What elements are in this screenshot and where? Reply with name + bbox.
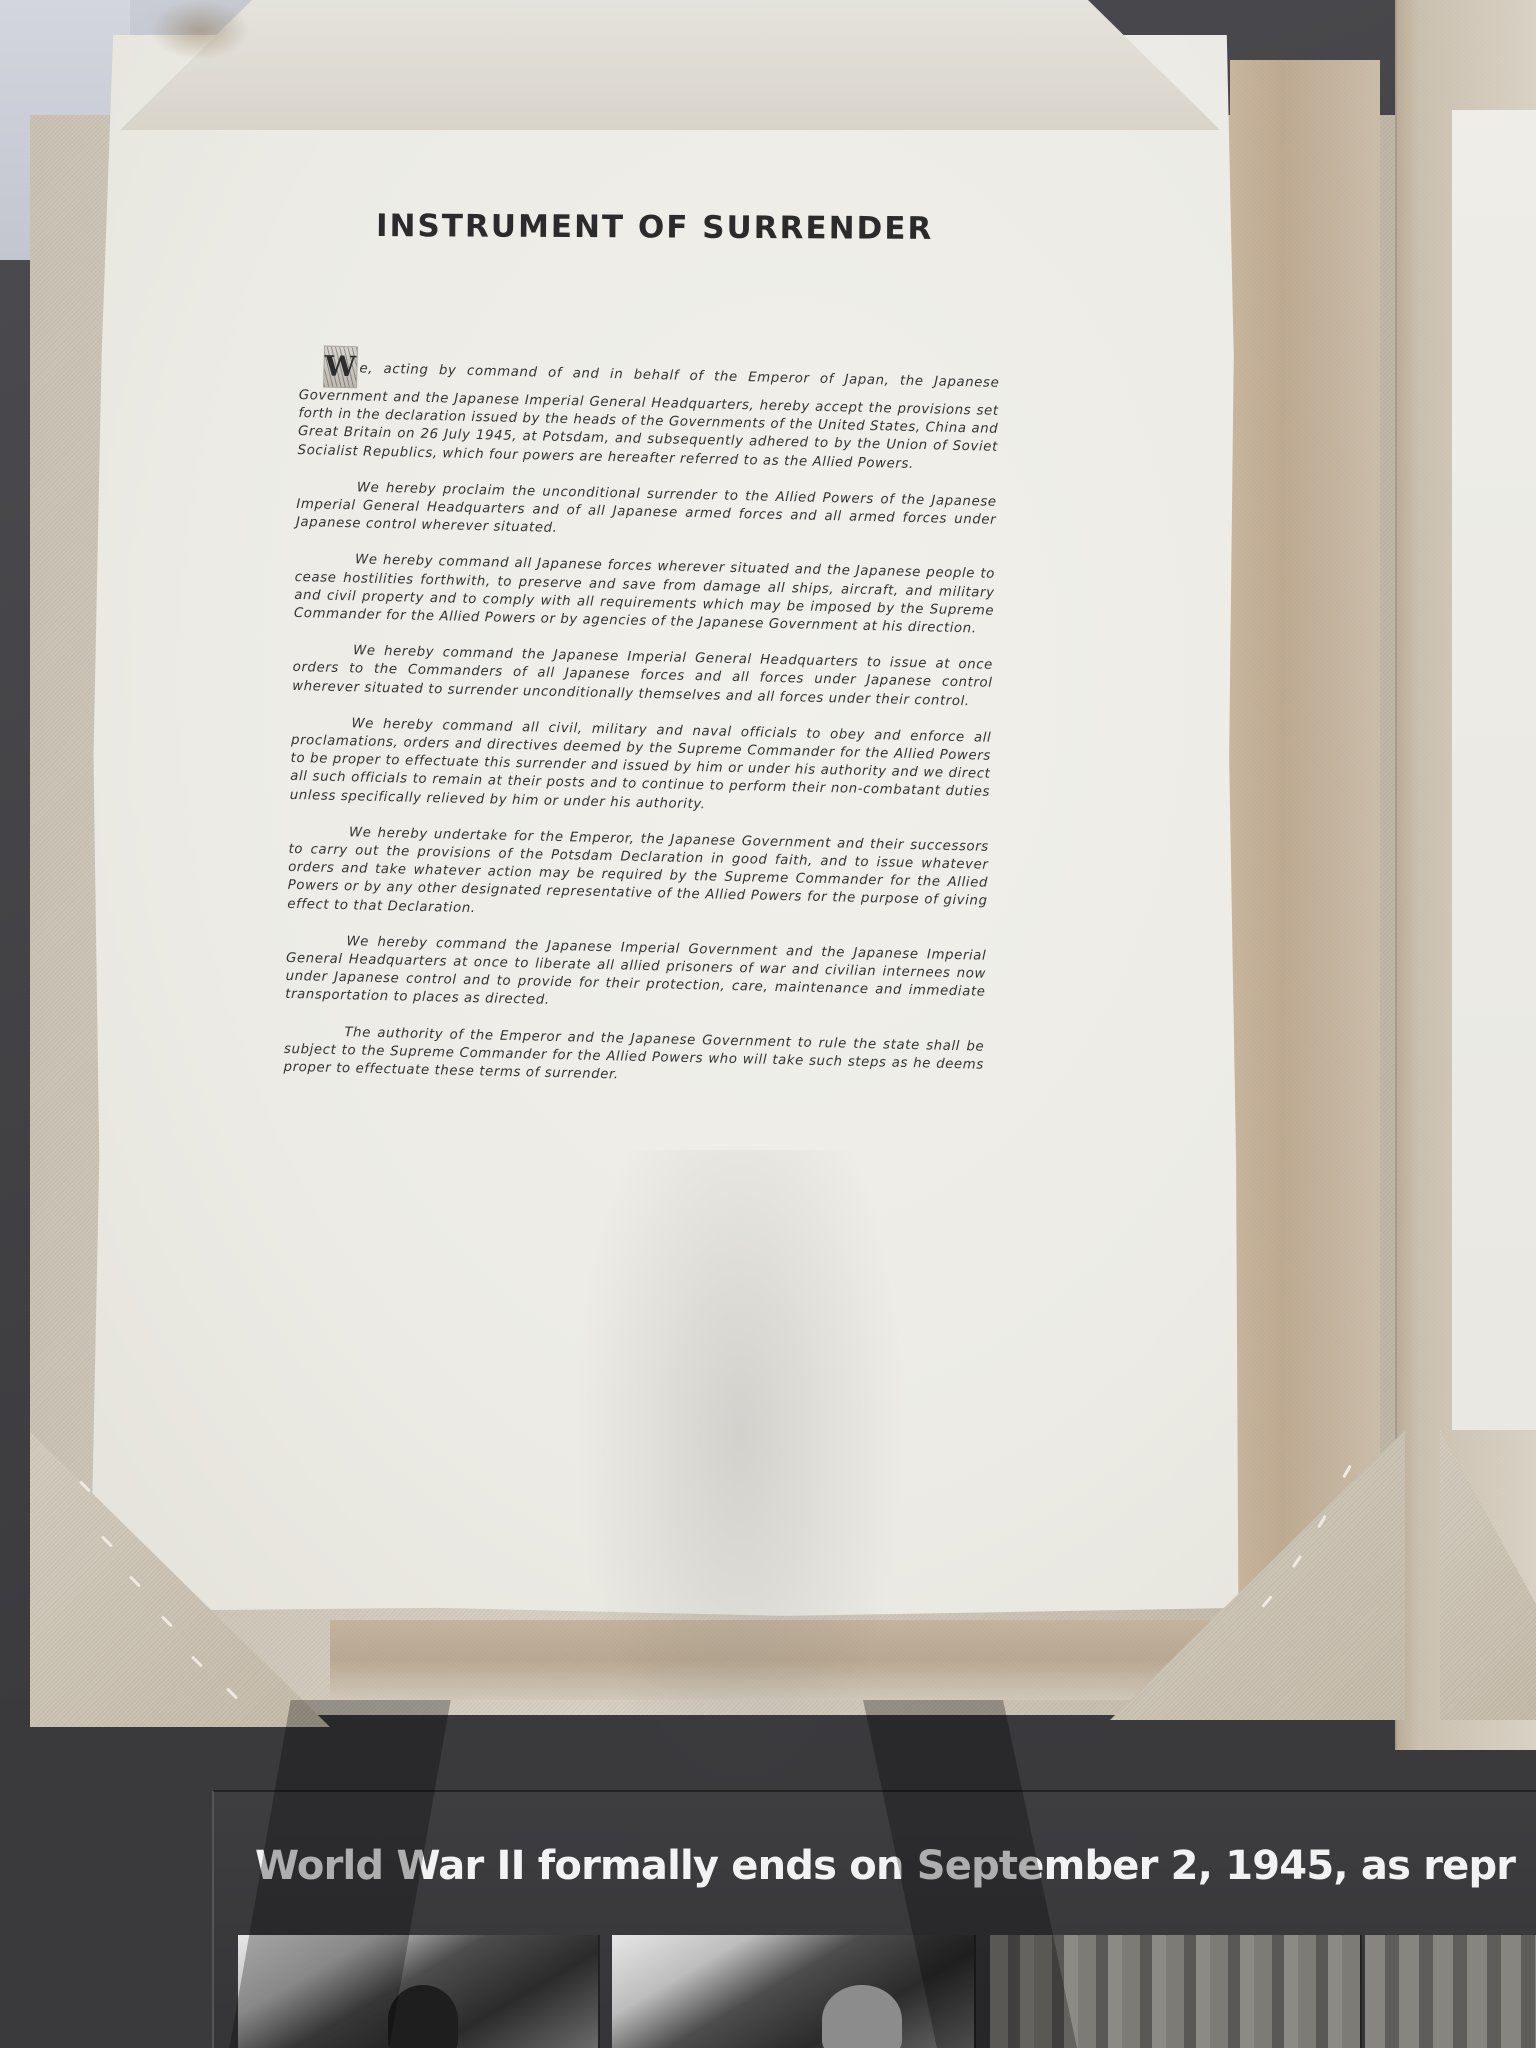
paragraph-unconditional-surrender: We hereby proclaim the unconditional sur… (296, 478, 997, 548)
paragraph-issue-orders: We hereby command the Japanese Imperial … (292, 641, 993, 711)
right-page-edge (1452, 110, 1536, 1430)
paragraph-preamble: We, acting by command of and in behalf o… (297, 345, 999, 476)
top-flap-stain (150, 0, 250, 60)
paragraph-officials: We hereby command all civil, military an… (290, 714, 992, 821)
placard-photo-officers-2 (1365, 1935, 1536, 2048)
paragraph-cease-hostilities: We hereby command all Japanese forces wh… (294, 550, 995, 639)
document-body: We, acting by command of and in behalf o… (283, 345, 1000, 1111)
visitor-shadow (560, 1150, 920, 1850)
photo-figure (822, 1985, 902, 2048)
document-title: INSTRUMENT OF SURRENDER (376, 208, 976, 247)
paragraph-prisoners: We hereby command the Japanese Imperial … (285, 932, 986, 1021)
binder-top-flap (120, 0, 1220, 130)
illuminated-drop-cap: W (323, 346, 358, 389)
paragraph-potsdam: We hereby undertake for the Emperor, the… (287, 823, 989, 930)
binder-stained-margin (1230, 60, 1380, 1640)
paragraph-text: e, acting by command of and in behalf of… (297, 361, 999, 471)
paragraph-authority: The authority of the Emperor and the Jap… (283, 1023, 984, 1093)
